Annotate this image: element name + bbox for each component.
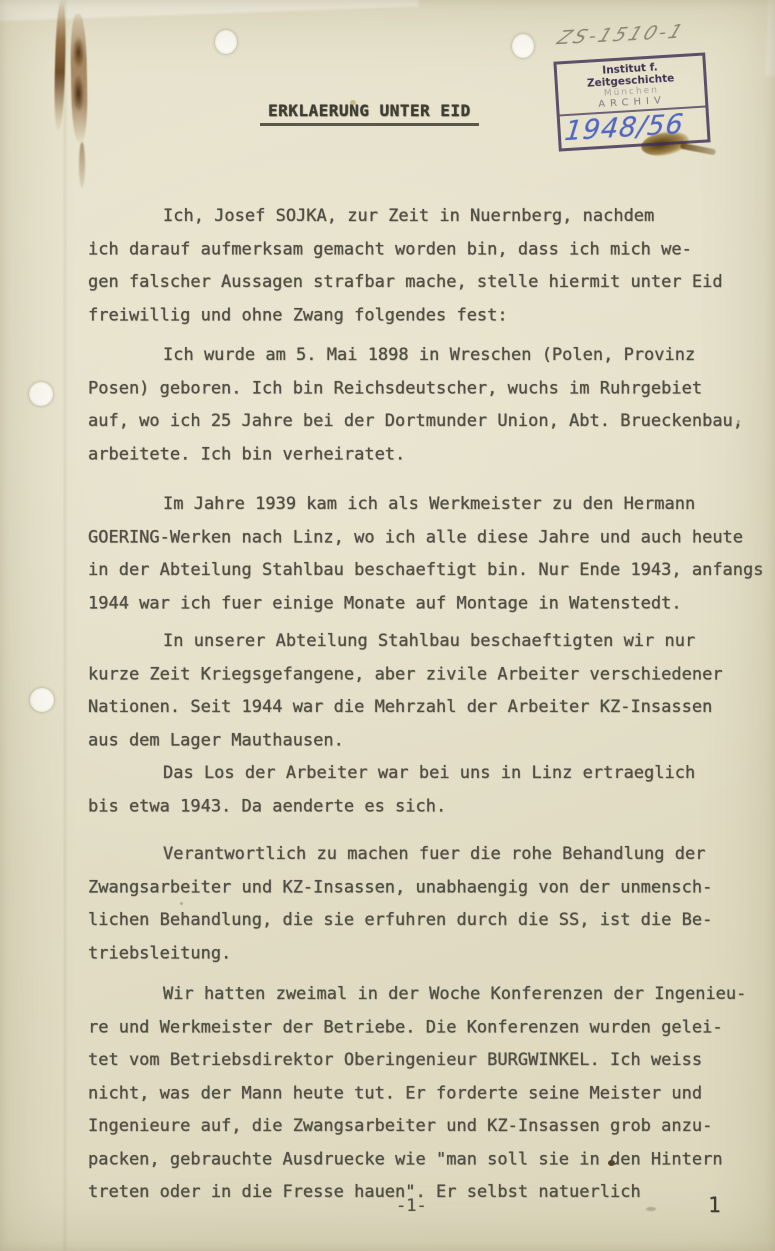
rust-stain — [79, 142, 85, 188]
text-line: Zwangsarbeiter und KZ-Insassen, unabhaen… — [88, 871, 768, 904]
text-line: triebsleitung. — [88, 937, 768, 970]
text-line: freiwillig und ohne Zwang folgendes fest… — [88, 299, 768, 332]
corner-page-number: 1 — [708, 1193, 721, 1217]
archive-stamp: Institut f. Zeitgeschichte München ARCHI… — [553, 52, 710, 151]
text-line: Wir hatten zweimal in der Woche Konferen… — [88, 978, 768, 1011]
rust-stain — [680, 143, 716, 156]
scan-edge-wedge — [766, 0, 775, 76]
text-line: Posen) geboren. Ich bin Reichsdeutscher,… — [88, 372, 768, 405]
paper-crease — [64, 0, 66, 1251]
punch-hole — [29, 382, 53, 406]
text-line: re und Werkmeister der Betriebe. Die Kon… — [88, 1011, 768, 1044]
text-line: auf, wo ich 25 Jahre bei der Dortmunder … — [88, 405, 768, 438]
text-line: 1944 war ich fuer einige Monate auf Mont… — [88, 587, 768, 620]
text-line: tet vom Betriebsdirektor Oberingenieur B… — [88, 1044, 768, 1077]
text-line: lichen Behandlung, die sie erfuhren durc… — [88, 904, 768, 937]
pencil-archive-signature: ZS-1510-1 — [554, 17, 762, 50]
typed-page-marker: -1- — [396, 1196, 427, 1216]
text-line: Ich wurde am 5. Mai 1898 in Wreschen (Po… — [88, 339, 768, 372]
text-line: nicht, was der Mann heute tut. Er forder… — [88, 1077, 768, 1110]
paragraph: Wir hatten zweimal in der Woche Konferen… — [88, 978, 768, 1209]
punch-hole — [215, 30, 237, 54]
text-line: bis etwa 1943. Da aenderte es sich. — [88, 790, 768, 823]
paragraph: Ich, Josef SOJKA, zur Zeit in Nuernberg,… — [88, 200, 768, 332]
text-line: gen falscher Aussagen strafbar mache, st… — [88, 266, 768, 299]
paragraph: Ich wurde am 5. Mai 1898 in Wreschen (Po… — [88, 339, 768, 471]
text-line: in der Abteilung Stahlbau beschaeftigt b… — [88, 554, 768, 587]
rust-stain — [70, 14, 88, 142]
paragraph: In unserer Abteilung Stahlbau beschaefti… — [88, 625, 768, 757]
paragraph: Im Jahre 1939 kam ich als Werkmeister zu… — [88, 488, 768, 620]
scanned-affidavit-page: ZS-1510-1 Institut f. Zeitgeschichte Mün… — [0, 0, 775, 1251]
text-line: GOERING-Werken nach Linz, wo ich alle di… — [88, 521, 768, 554]
text-line: treten oder in die Fresse hauen". Er sel… — [88, 1176, 768, 1209]
text-line: Nationen. Seit 1944 war die Mehrzahl der… — [88, 691, 768, 724]
text-line: arbeitete. Ich bin verheiratet. — [88, 438, 768, 471]
punch-hole — [512, 34, 534, 58]
text-line: packen, gebrauchte Ausdruecke wie "man s… — [88, 1143, 768, 1176]
punch-hole — [30, 688, 54, 712]
text-line: Ingenieure auf, die Zwangsarbeiter und K… — [88, 1110, 768, 1143]
text-line: Ich, Josef SOJKA, zur Zeit in Nuernberg,… — [88, 200, 768, 233]
text-line: ich darauf aufmerksam gemacht worden bin… — [88, 233, 768, 266]
text-line: In unserer Abteilung Stahlbau beschaefti… — [88, 625, 768, 658]
document-title: ERKLAERUNG UNTER EID — [260, 101, 479, 126]
text-line: kurze Zeit Kriegsgefangene, aber zivile … — [88, 658, 768, 691]
text-line: Im Jahre 1939 kam ich als Werkmeister zu… — [88, 488, 768, 521]
text-line: Das Los der Arbeiter war bei uns in Linz… — [88, 757, 768, 790]
paragraph: Verantwortlich zu machen fuer die rohe B… — [88, 838, 768, 970]
text-line: aus dem Lager Mauthausen. — [88, 724, 768, 757]
scan-edge-wedge — [0, 0, 419, 21]
stamp-handwritten-number: 1948/56 — [559, 108, 708, 147]
document-body: Ich, Josef SOJKA, zur Zeit in Nuernberg,… — [88, 200, 768, 1209]
text-line: Verantwortlich zu machen fuer die rohe B… — [88, 838, 768, 871]
paragraph: Das Los der Arbeiter war bei uns in Linz… — [88, 757, 768, 823]
